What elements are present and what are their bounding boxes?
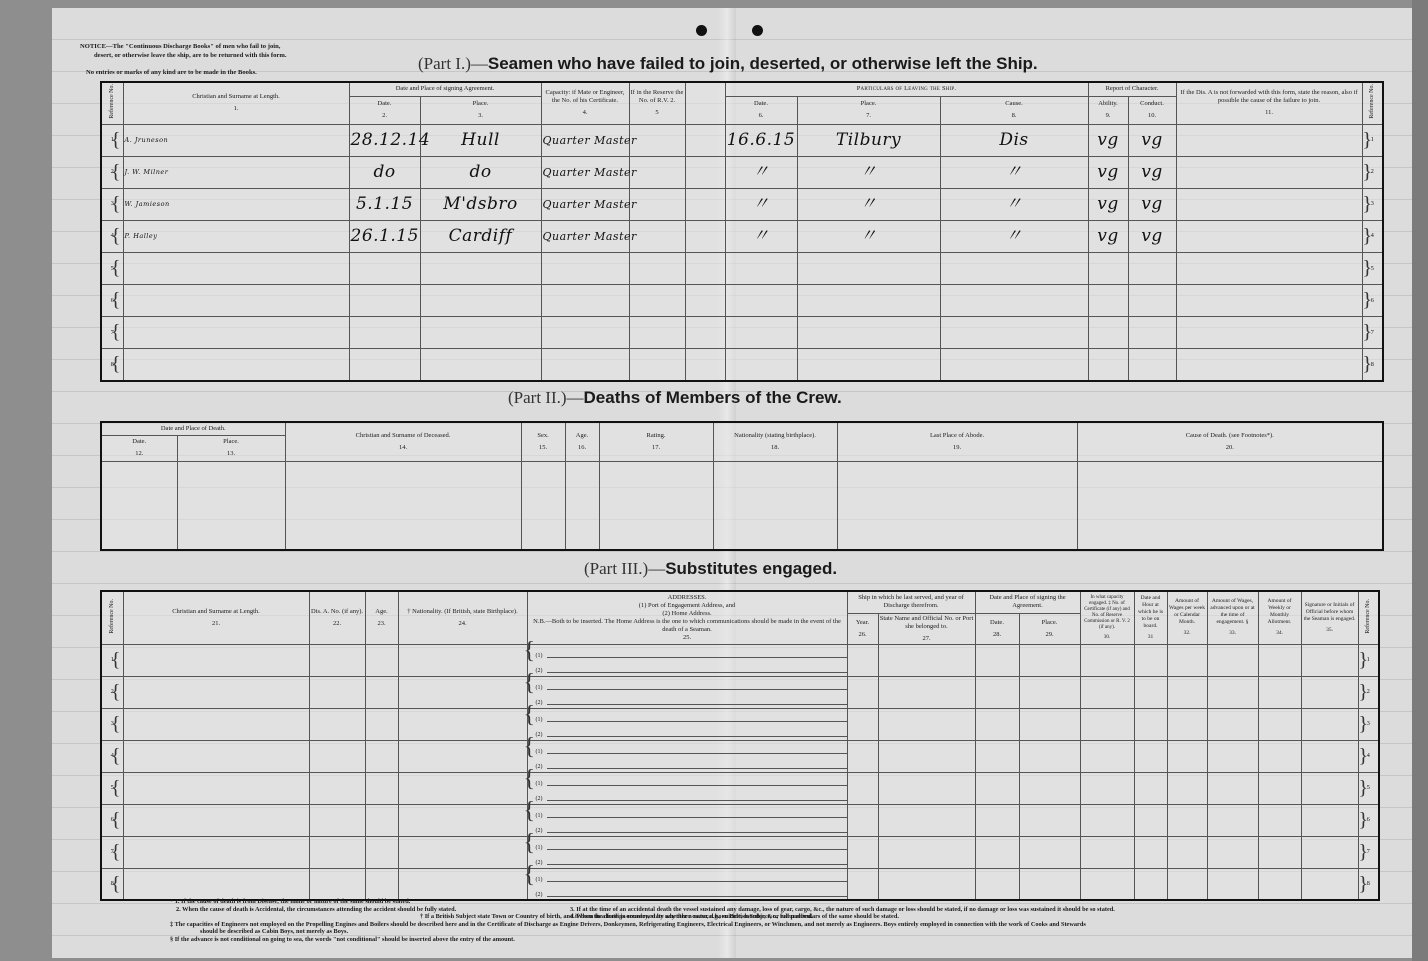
home-address-line[interactable]: (2): [528, 724, 847, 739]
signing-date-cell[interactable]: do: [349, 156, 420, 188]
right-brace-icon: }: [1359, 744, 1369, 768]
cell[interactable]: [565, 461, 599, 550]
cell[interactable]: [837, 461, 1077, 550]
cause-cell[interactable]: 〃: [940, 220, 1088, 252]
entry-cell[interactable]: [878, 740, 975, 772]
entry-cell[interactable]: [1080, 644, 1134, 676]
ability-cell[interactable]: [1088, 317, 1128, 349]
remarks-cell[interactable]: [1176, 220, 1362, 252]
reserve-header: If in the Reserve the No. of R.V. 2.5: [629, 82, 685, 124]
cell[interactable]: [285, 461, 521, 550]
entry-cell[interactable]: [123, 644, 309, 676]
signing-date-cell[interactable]: [349, 285, 420, 317]
entry-cell[interactable]: [123, 804, 309, 836]
ref-cell-right: 6}: [1362, 285, 1383, 317]
port-address-line[interactable]: (1): [528, 837, 847, 852]
name-cell[interactable]: [123, 317, 349, 349]
entry-cell[interactable]: [1134, 740, 1167, 772]
signing-place-cell[interactable]: [420, 349, 541, 381]
signature-header: Signature or Initials of Official before…: [1301, 591, 1358, 644]
leave-date-cell[interactable]: 〃: [725, 188, 797, 220]
leave-place-cell[interactable]: [797, 349, 940, 381]
entry-cell[interactable]: [309, 836, 365, 868]
entry-cell[interactable]: [398, 804, 527, 836]
blank-cell[interactable]: [685, 188, 725, 220]
entry-cell[interactable]: [365, 868, 398, 900]
address-cell[interactable]: {(1)(2): [527, 772, 847, 804]
leave-place-cell[interactable]: [797, 253, 940, 285]
ability-cell[interactable]: vg: [1088, 188, 1128, 220]
cause-cell[interactable]: Dis: [940, 124, 1088, 156]
remarks-cell[interactable]: [1176, 156, 1362, 188]
entry-cell[interactable]: [1080, 740, 1134, 772]
home-address-line[interactable]: (2): [528, 820, 847, 835]
cause-cell[interactable]: [940, 285, 1088, 317]
entry-cell[interactable]: [1134, 644, 1167, 676]
reserve-cell[interactable]: [629, 156, 685, 188]
leave-place-cell[interactable]: 〃: [797, 220, 940, 252]
ability-cell[interactable]: [1088, 285, 1128, 317]
port-address-line[interactable]: (1): [528, 677, 847, 692]
entry-cell[interactable]: [1258, 644, 1301, 676]
entry-cell[interactable]: [1019, 708, 1080, 740]
entry-cell[interactable]: [1258, 740, 1301, 772]
signing-date-cell[interactable]: 5.1.15: [349, 188, 420, 220]
conduct-cell[interactable]: vg: [1128, 188, 1176, 220]
signing-group-header: Date and Place of signing the Agreement.: [975, 591, 1080, 613]
entry-cell[interactable]: [1301, 644, 1358, 676]
signing-date-cell[interactable]: 26.1.15: [349, 220, 420, 252]
signing-date-cell[interactable]: 28.12.14: [349, 124, 420, 156]
entry-cell[interactable]: [847, 740, 878, 772]
remarks-cell[interactable]: [1176, 285, 1362, 317]
ability-cell[interactable]: vg: [1088, 124, 1128, 156]
entry-cell[interactable]: [365, 676, 398, 708]
ref-cell: 7{: [101, 317, 123, 349]
entry-cell[interactable]: [1019, 804, 1080, 836]
entry-cell[interactable]: [365, 836, 398, 868]
entry-cell[interactable]: [1167, 676, 1207, 708]
entry-cell[interactable]: [1207, 644, 1258, 676]
capacity-header: Capacity: if Mate or Engineer, the No. o…: [541, 82, 629, 124]
capacity-cell[interactable]: Quarter Master: [541, 220, 629, 252]
right-brace-icon: }: [1363, 288, 1373, 312]
ref-header: Reference No.: [101, 591, 123, 644]
ability-cell[interactable]: vg: [1088, 220, 1128, 252]
entry-cell[interactable]: [975, 772, 1019, 804]
address-cell[interactable]: {(1)(2): [527, 644, 847, 676]
entry-cell[interactable]: [1258, 804, 1301, 836]
cause-cell[interactable]: [940, 349, 1088, 381]
seaman-row: 7{7}: [101, 317, 1383, 349]
name-cell[interactable]: [123, 253, 349, 285]
name-cell[interactable]: [123, 349, 349, 381]
left-brace-icon: {: [111, 192, 121, 216]
capacity-cell[interactable]: [541, 349, 629, 381]
ref-cell: 7{: [101, 836, 123, 868]
leave-place-cell[interactable]: [797, 285, 940, 317]
capacity-cell[interactable]: Quarter Master: [541, 188, 629, 220]
entry-cell[interactable]: [1080, 804, 1134, 836]
entry-cell[interactable]: [975, 676, 1019, 708]
dis-a-header: If the Dis. A is not forwarded with this…: [1176, 82, 1362, 124]
footnote: ‡ The capacities of Engineers not employ…: [170, 921, 1270, 929]
ref-cell: 1{: [101, 644, 123, 676]
conduct-cell[interactable]: [1128, 317, 1176, 349]
entry-cell[interactable]: [365, 740, 398, 772]
entry-cell[interactable]: [1019, 836, 1080, 868]
entry-cell[interactable]: [975, 868, 1019, 900]
port-address-line[interactable]: (1): [528, 805, 847, 820]
remarks-cell[interactable]: [1176, 188, 1362, 220]
address-cell[interactable]: {(1)(2): [527, 676, 847, 708]
reserve-cell[interactable]: [629, 124, 685, 156]
leave-date-cell[interactable]: [725, 349, 797, 381]
substitute-row: 7{{(1)(2)7}: [101, 836, 1379, 868]
addresses-header: ADDRESSES. (1) Port of Engagement Addres…: [527, 591, 847, 644]
part1-title: (Part I.)—Seamen who have failed to join…: [418, 54, 1038, 74]
entry-cell[interactable]: [1134, 836, 1167, 868]
cell[interactable]: [1077, 461, 1383, 550]
entry-cell[interactable]: [309, 644, 365, 676]
leave-place-header: Place.7.: [797, 96, 940, 124]
entry-cell[interactable]: [975, 644, 1019, 676]
signing-place-cell[interactable]: Hull: [420, 124, 541, 156]
leave-place-cell[interactable]: 〃: [797, 188, 940, 220]
entry-cell[interactable]: [1167, 644, 1207, 676]
entry-cell[interactable]: [1080, 708, 1134, 740]
capacity-cell[interactable]: [541, 253, 629, 285]
entry-cell[interactable]: [847, 868, 878, 900]
signing-place-cell[interactable]: [420, 285, 541, 317]
entry-cell[interactable]: [1080, 676, 1134, 708]
footnote: * 1. If the cause of death is from Disea…: [170, 898, 1270, 906]
entry-cell[interactable]: [398, 868, 527, 900]
ref-cell-right: 5}: [1362, 253, 1383, 285]
remarks-cell[interactable]: [1176, 317, 1362, 349]
leave-place-cell[interactable]: Tilbury: [797, 124, 940, 156]
cause-cell[interactable]: 〃: [940, 188, 1088, 220]
entry-cell[interactable]: [398, 676, 527, 708]
left-brace-icon: {: [111, 320, 121, 344]
entry-cell[interactable]: [1167, 804, 1207, 836]
left-brace-icon: {: [524, 711, 536, 719]
entry-cell[interactable]: [1134, 772, 1167, 804]
address-cell[interactable]: {(1)(2): [527, 804, 847, 836]
entry-cell[interactable]: [365, 804, 398, 836]
name-cell[interactable]: W. Jamieson: [123, 188, 349, 220]
blank-cell[interactable]: [685, 253, 725, 285]
name-cell[interactable]: A. Jruneson: [123, 124, 349, 156]
entry-cell[interactable]: [1258, 836, 1301, 868]
entry-cell[interactable]: [1019, 676, 1080, 708]
remarks-cell[interactable]: [1176, 124, 1362, 156]
left-brace-icon: {: [524, 871, 536, 879]
conduct-header: Conduct.10.: [1128, 96, 1176, 124]
entry-cell[interactable]: [975, 708, 1019, 740]
entry-cell[interactable]: [1080, 836, 1134, 868]
entry-cell[interactable]: [398, 708, 527, 740]
entry-cell[interactable]: [1301, 676, 1358, 708]
seaman-row: 2{J. W. MilnerdodoQuarter Master〃〃〃vgvg2…: [101, 156, 1383, 188]
signing-place-cell[interactable]: do: [420, 156, 541, 188]
entry-cell[interactable]: [1207, 676, 1258, 708]
home-address-line[interactable]: (2): [528, 692, 847, 707]
part3-table: Reference No. Christian and Surname at L…: [100, 590, 1380, 901]
ability-cell[interactable]: vg: [1088, 156, 1128, 188]
signing-place-cell[interactable]: M'dsbro: [420, 188, 541, 220]
ref-cell-right: 1}: [1358, 644, 1379, 676]
signing-place-cell[interactable]: [420, 317, 541, 349]
address-cell[interactable]: {(1)(2): [527, 836, 847, 868]
entry-cell[interactable]: [1207, 772, 1258, 804]
leave-date-cell[interactable]: [725, 253, 797, 285]
entry-cell[interactable]: [1134, 708, 1167, 740]
left-brace-icon: {: [111, 840, 121, 864]
entry-cell[interactable]: [123, 676, 309, 708]
home-address-line[interactable]: (2): [528, 852, 847, 867]
port-address-line[interactable]: (1): [528, 869, 847, 884]
home-address-line[interactable]: (2): [528, 660, 847, 675]
address-cell[interactable]: {(1)(2): [527, 868, 847, 900]
entry-cell[interactable]: [1258, 772, 1301, 804]
entry-cell[interactable]: [847, 644, 878, 676]
entry-cell[interactable]: [1207, 708, 1258, 740]
cell[interactable]: [101, 461, 177, 550]
entry-cell[interactable]: [1301, 836, 1358, 868]
seaman-row: 6{6}: [101, 285, 1383, 317]
conduct-cell[interactable]: [1128, 253, 1176, 285]
capacity-cell[interactable]: [541, 317, 629, 349]
entry-cell[interactable]: [847, 772, 878, 804]
name-cell[interactable]: P. Halley: [123, 220, 349, 252]
entry-cell[interactable]: [309, 804, 365, 836]
entry-cell[interactable]: [1167, 836, 1207, 868]
entry-cell[interactable]: [1167, 868, 1207, 900]
left-brace-icon: {: [111, 288, 121, 312]
ref-cell-right: 3}: [1358, 708, 1379, 740]
entry-cell[interactable]: [878, 772, 975, 804]
cell[interactable]: [177, 461, 285, 550]
ref-cell-right: 8}: [1362, 349, 1383, 381]
reserve-cell[interactable]: [629, 220, 685, 252]
ref-cell: 2{: [101, 156, 123, 188]
conduct-cell[interactable]: [1128, 285, 1176, 317]
entry-cell[interactable]: [1301, 740, 1358, 772]
entry-cell[interactable]: [847, 804, 878, 836]
entry-cell[interactable]: [1207, 836, 1258, 868]
ref-cell: 8{: [101, 349, 123, 381]
leave-date-cell[interactable]: 〃: [725, 156, 797, 188]
entry-cell[interactable]: [398, 740, 527, 772]
substitute-row: 5{{(1)(2)5}: [101, 772, 1379, 804]
ref-header-right: Reference No.: [1358, 591, 1379, 644]
port-address-line[interactable]: (1): [528, 645, 847, 660]
abode-header: Last Place of Abode.19.: [837, 422, 1077, 461]
capacity-cell[interactable]: Quarter Master: [541, 156, 629, 188]
entry-cell[interactable]: [365, 708, 398, 740]
leave-date-cell[interactable]: 〃: [725, 220, 797, 252]
entry-cell[interactable]: [975, 804, 1019, 836]
entry-cell[interactable]: [1301, 804, 1358, 836]
footnote: § If the advance is not conditional on g…: [170, 936, 1270, 944]
character-group-header: Report of Character.: [1088, 82, 1176, 96]
leave-place-cell[interactable]: [797, 317, 940, 349]
entry-cell[interactable]: [878, 676, 975, 708]
name-cell[interactable]: [123, 285, 349, 317]
entry-cell[interactable]: [309, 676, 365, 708]
reserve-cell[interactable]: [629, 317, 685, 349]
entry-cell[interactable]: [847, 676, 878, 708]
left-brace-icon: {: [111, 128, 121, 152]
entry-cell[interactable]: [878, 836, 975, 868]
entry-cell[interactable]: [1207, 868, 1258, 900]
cause-cell[interactable]: 〃: [940, 156, 1088, 188]
entry-cell[interactable]: [1167, 740, 1207, 772]
blank-cell[interactable]: [685, 220, 725, 252]
entry-cell[interactable]: [1207, 804, 1258, 836]
entry-cell[interactable]: [365, 772, 398, 804]
entry-cell[interactable]: [1019, 740, 1080, 772]
reserve-cell[interactable]: [629, 188, 685, 220]
entry-cell[interactable]: [123, 740, 309, 772]
entry-cell[interactable]: [975, 740, 1019, 772]
leave-date-cell[interactable]: [725, 285, 797, 317]
entry-cell[interactable]: [1019, 772, 1080, 804]
cell[interactable]: [599, 461, 713, 550]
ref-cell-right: 2}: [1358, 676, 1379, 708]
ability-cell[interactable]: [1088, 349, 1128, 381]
entry-cell[interactable]: [878, 868, 975, 900]
capacity-cell[interactable]: [541, 285, 629, 317]
year-header: Year.26.: [847, 613, 878, 644]
entry-cell[interactable]: [123, 708, 309, 740]
entry-cell[interactable]: [398, 836, 527, 868]
entry-cell[interactable]: [309, 772, 365, 804]
address-cell[interactable]: {(1)(2): [527, 740, 847, 772]
entry-cell[interactable]: [1258, 676, 1301, 708]
leave-date-cell[interactable]: 16.6.15: [725, 124, 797, 156]
cause-cell[interactable]: [940, 253, 1088, 285]
entry-cell[interactable]: [123, 772, 309, 804]
binding-hole: [752, 25, 763, 36]
blank-cell[interactable]: [685, 317, 725, 349]
entry-cell[interactable]: [365, 644, 398, 676]
entry-cell[interactable]: [1080, 772, 1134, 804]
entry-cell[interactable]: [1134, 804, 1167, 836]
sign-place-header: Place.29.: [1019, 613, 1080, 644]
part2-title: (Part II.)—Deaths of Members of the Crew…: [508, 388, 842, 408]
deceased-name-header: Christian and Surname of Deceased.14.: [285, 422, 521, 461]
remarks-cell[interactable]: [1176, 253, 1362, 285]
signing-date-cell[interactable]: [349, 349, 420, 381]
signing-place-cell[interactable]: [420, 253, 541, 285]
place-header: Place.3.: [420, 96, 541, 124]
entry-cell[interactable]: [1258, 708, 1301, 740]
leave-date-cell[interactable]: [725, 317, 797, 349]
port-address-line[interactable]: (1): [528, 741, 847, 756]
conduct-cell[interactable]: vg: [1128, 220, 1176, 252]
entry-cell[interactable]: [309, 708, 365, 740]
entry-cell[interactable]: [847, 836, 878, 868]
ref-cell-right: 7}: [1358, 836, 1379, 868]
blank-cell[interactable]: [685, 156, 725, 188]
capacity-cell[interactable]: Quarter Master: [541, 124, 629, 156]
blank-cell[interactable]: [685, 124, 725, 156]
ref-cell: 6{: [101, 285, 123, 317]
cause-cell[interactable]: [940, 317, 1088, 349]
ref-cell: 3{: [101, 708, 123, 740]
cell[interactable]: [521, 461, 565, 550]
entry-cell[interactable]: [1080, 868, 1134, 900]
conduct-cell[interactable]: [1128, 349, 1176, 381]
entry-cell[interactable]: [1167, 708, 1207, 740]
signing-date-cell[interactable]: [349, 253, 420, 285]
remarks-cell[interactable]: [1176, 349, 1362, 381]
entry-cell[interactable]: [309, 868, 365, 900]
home-address-line[interactable]: (2): [528, 788, 847, 803]
name-cell[interactable]: J. W. Milner: [123, 156, 349, 188]
home-address-line[interactable]: (2): [528, 884, 847, 899]
cell[interactable]: [713, 461, 837, 550]
footnotes: * 1. If the cause of death is from Disea…: [170, 898, 1270, 943]
death-place-header: Place.13.: [177, 435, 285, 461]
entry-cell[interactable]: [123, 836, 309, 868]
address-cell[interactable]: {(1)(2): [527, 708, 847, 740]
substitute-row: 4{{(1)(2)4}: [101, 740, 1379, 772]
entry-cell[interactable]: [975, 836, 1019, 868]
blank-cell[interactable]: [685, 349, 725, 381]
entry-cell[interactable]: [1167, 772, 1207, 804]
blank-cell[interactable]: [685, 285, 725, 317]
entry-cell[interactable]: [1134, 676, 1167, 708]
port-address-line[interactable]: (1): [528, 773, 847, 788]
entry-cell[interactable]: [309, 740, 365, 772]
entry-cell[interactable]: [398, 644, 527, 676]
entry-cell[interactable]: [878, 644, 975, 676]
home-address-line[interactable]: (2): [528, 756, 847, 771]
entry-cell[interactable]: [1019, 644, 1080, 676]
port-address-line[interactable]: (1): [528, 709, 847, 724]
right-brace-icon: }: [1363, 192, 1373, 216]
entry-cell[interactable]: [1301, 868, 1358, 900]
entry-cell[interactable]: [1258, 868, 1301, 900]
capacity-header: In what capacity engaged. ‡ No. of Certi…: [1080, 591, 1134, 644]
entry-cell[interactable]: [1207, 740, 1258, 772]
ref-cell: 5{: [101, 772, 123, 804]
background-edge: [1412, 0, 1428, 961]
conduct-cell[interactable]: vg: [1128, 124, 1176, 156]
entry-cell[interactable]: [1019, 868, 1080, 900]
entry-cell[interactable]: [398, 772, 527, 804]
reserve-cell[interactable]: [629, 349, 685, 381]
reserve-cell[interactable]: [629, 285, 685, 317]
left-brace-icon: {: [111, 160, 121, 184]
entry-cell[interactable]: [847, 708, 878, 740]
signing-place-cell[interactable]: Cardiff: [420, 220, 541, 252]
signing-date-cell[interactable]: [349, 317, 420, 349]
entry-cell[interactable]: [1301, 708, 1358, 740]
entry-cell[interactable]: [1134, 868, 1167, 900]
conduct-cell[interactable]: vg: [1128, 156, 1176, 188]
entry-cell[interactable]: [878, 804, 975, 836]
entry-cell[interactable]: [878, 708, 975, 740]
leave-place-cell[interactable]: 〃: [797, 156, 940, 188]
reserve-cell[interactable]: [629, 253, 685, 285]
ability-cell[interactable]: [1088, 253, 1128, 285]
entry-cell[interactable]: [123, 868, 309, 900]
entry-cell[interactable]: [1301, 772, 1358, 804]
